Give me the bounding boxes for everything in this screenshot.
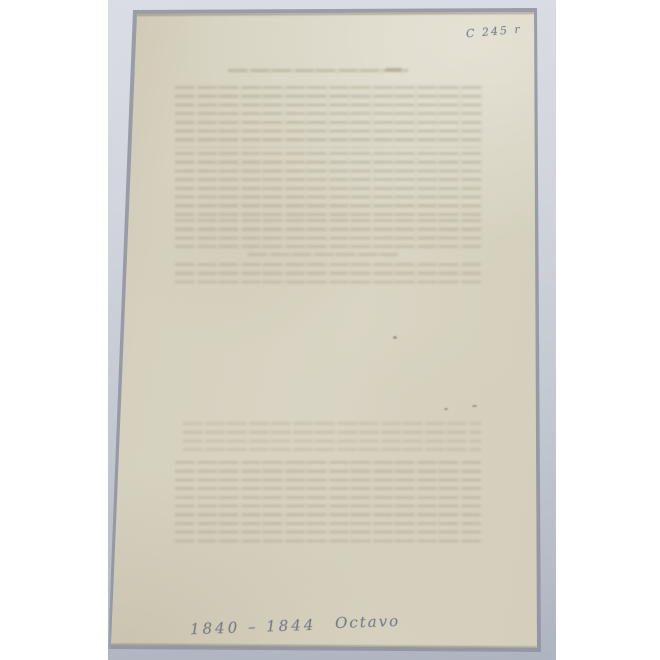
show-through-block <box>175 263 482 286</box>
show-through-block <box>175 219 482 249</box>
paper-speck <box>393 336 397 339</box>
paper-speck <box>472 405 477 407</box>
show-through-block <box>175 152 482 216</box>
show-through-block <box>248 253 398 260</box>
paper-sheet: C 245 r 1840 – 1844 Octavo <box>108 0 556 660</box>
show-through-block <box>228 69 408 75</box>
show-through-block <box>183 422 481 452</box>
show-through-block <box>175 461 482 543</box>
photo-background: C 245 r 1840 – 1844 Octavo <box>108 0 556 660</box>
show-through-block <box>386 68 402 75</box>
photo-frame: C 245 r 1840 – 1844 Octavo <box>0 0 660 660</box>
show-through-block <box>175 86 482 148</box>
pencil-annotation-format: Octavo <box>335 612 401 632</box>
paper-speck <box>444 408 448 410</box>
